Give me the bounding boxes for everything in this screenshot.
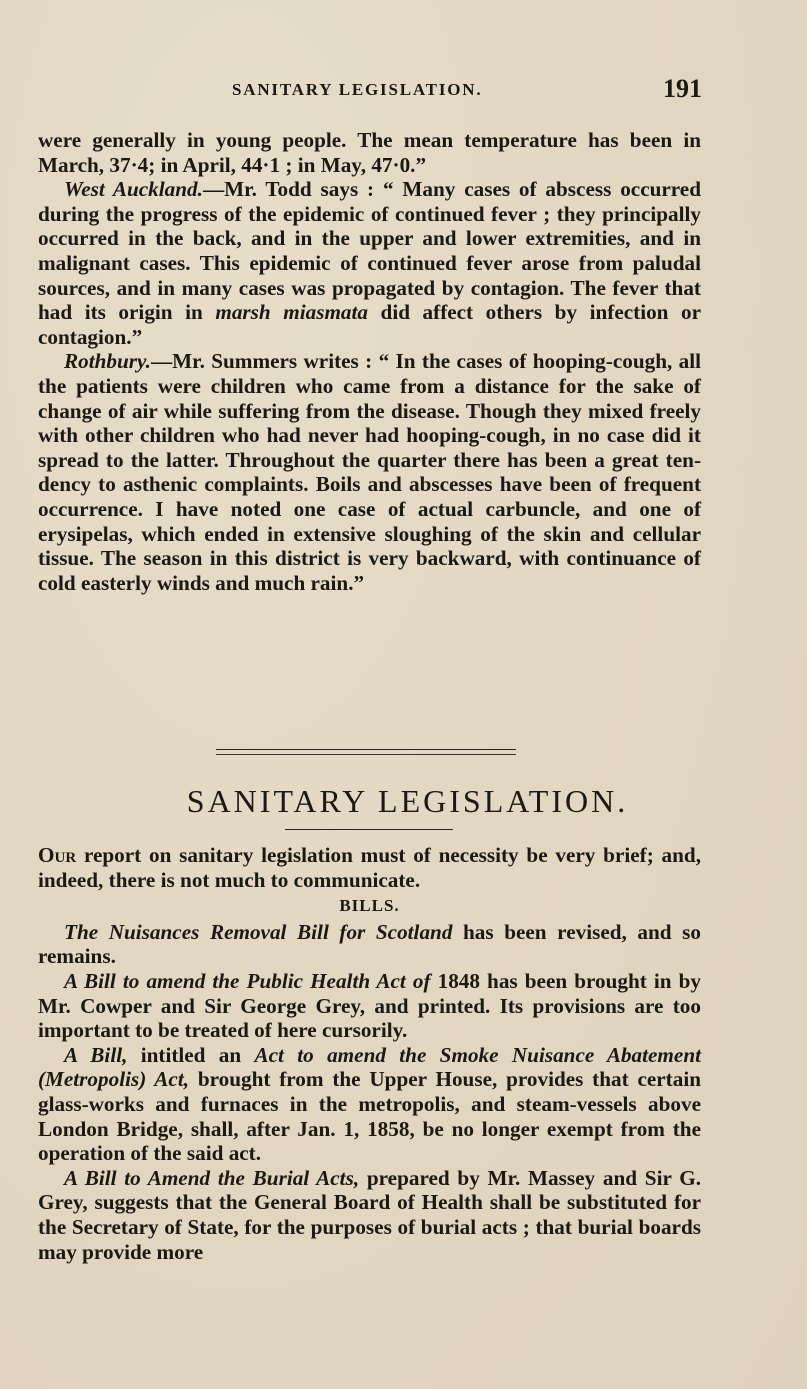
paragraph-smoke-bill: A Bill, intitled an Act to amend the Smo… — [38, 1043, 701, 1166]
bill-label-smoke: A Bill, — [64, 1043, 127, 1067]
place-name-west-auckland: West Auckland. — [64, 177, 203, 201]
intro-text: report on sanitary legislation must of n… — [38, 843, 701, 892]
running-title: SANITARY LEGISLATION. — [232, 80, 482, 100]
paragraph-continued: were generally in young people. The mean… — [38, 128, 701, 177]
subheading-bills: BILLS. — [38, 894, 701, 919]
place-name-rothbury: Rothbury. — [64, 349, 151, 373]
bill-title-public-health: A Bill to amend the Public Health Act of — [64, 969, 431, 993]
section-title: SANITARY LEGISLATION. — [0, 783, 807, 820]
smoke-bill-intitled: intitled an — [127, 1043, 254, 1067]
short-rule-divider — [285, 829, 453, 830]
paragraph-scotland-bill: The Nuisances Removal Bill for Scotland … — [38, 920, 701, 969]
emphasis-marsh-miasmata: marsh miasmata — [215, 300, 368, 324]
bill-title-scotland: The Nuisances Removal Bill for Scotland — [64, 920, 452, 944]
paragraph-west-auckland: West Auckland.—Mr. Todd says : “ Many ca… — [38, 177, 701, 349]
running-header: SANITARY LEGISLATION. 191 — [232, 76, 702, 106]
intro-first-word: Our — [38, 843, 76, 867]
continued-text-block: were generally in young people. The mean… — [38, 128, 701, 595]
double-rule-divider — [216, 749, 516, 755]
paragraph-rothbury: Rothbury.—Mr. Summers writes : “ In the … — [38, 349, 701, 595]
paragraph-burial-bill: A Bill to Amend the Burial Acts, prepare… — [38, 1166, 701, 1264]
rothbury-text: —Mr. Summers writes : “ In the cases of … — [38, 349, 701, 594]
bill-title-burial: A Bill to Amend the Burial Acts, — [64, 1166, 359, 1190]
page-number: 191 — [663, 74, 702, 104]
paragraph-public-health-bill: A Bill to amend the Public Health Act of… — [38, 969, 701, 1043]
book-page: SANITARY LEGISLATION. 191 were generally… — [0, 0, 807, 1389]
section-body: Our report on sanitary legislation must … — [38, 843, 701, 1264]
paragraph-intro: Our report on sanitary legislation must … — [38, 843, 701, 892]
